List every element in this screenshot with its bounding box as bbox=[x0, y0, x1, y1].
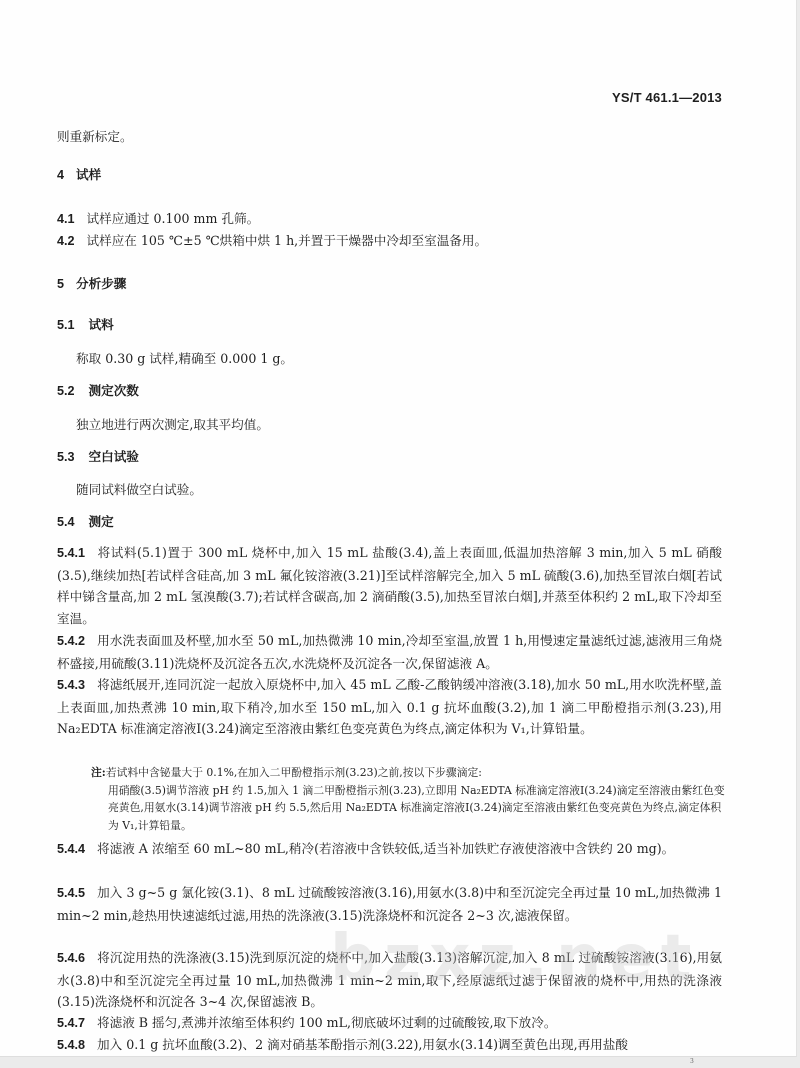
clause-text: 将滤纸展开,连同沉淀一起放入原烧杯中,加入 45 mL 乙酸-乙酸钠缓冲溶液(3… bbox=[57, 677, 722, 736]
note-block: 注:若试料中含铋量大于 0.1%,在加入二甲酚橙指示剂(3.23)之前,按以下步… bbox=[91, 764, 731, 834]
clause-5-3-heading: 5.3空白试验 bbox=[57, 446, 722, 469]
clause-number: 4.1 bbox=[57, 212, 75, 226]
clause-5-3-text: 随同试料做空白试验。 bbox=[57, 479, 741, 501]
clause-4-2: 4.2试样应在 105 ℃±5 ℃烘箱中烘 1 h,并置于干燥器中冷却至室温备用… bbox=[57, 230, 722, 253]
clause-text: 将试料(5.1)置于 300 mL 烧杯中,加入 15 mL 盐酸(3.4),盖… bbox=[57, 545, 722, 626]
clause-5-1-text: 称取 0.30 g 试样,精确至 0.000 1 g。 bbox=[57, 348, 741, 370]
clause-number: 5.4 bbox=[57, 512, 75, 534]
clause-5-1-heading: 5.1试料 bbox=[57, 314, 722, 337]
section-title: 试样 bbox=[76, 167, 101, 182]
clause-5-4-1: 5.4.1将试料(5.1)置于 300 mL 烧杯中,加入 15 mL 盐酸(3… bbox=[57, 542, 722, 629]
intro-line: 则重新标定。 bbox=[57, 126, 722, 148]
clause-5-4-heading: 5.4测定 bbox=[57, 511, 722, 534]
clause-5-4-3: 5.4.3将滤纸展开,连同沉淀一起放入原烧杯中,加入 45 mL 乙酸-乙酸钠缓… bbox=[57, 674, 722, 740]
clause-number: 5.4.7 bbox=[57, 1016, 85, 1030]
clause-text: 试样应通过 0.100 mm 孔筛。 bbox=[87, 211, 260, 226]
clause-5-2-text: 独立地进行两次测定,取其平均值。 bbox=[57, 414, 741, 436]
clause-4-1: 4.1试样应通过 0.100 mm 孔筛。 bbox=[57, 208, 722, 231]
section-4-heading: 4试样 bbox=[57, 164, 722, 187]
clause-5-4-8: 5.4.8加入 0.1 g 抗坏血酸(3.2)、2 滴对硝基苯酚指示剂(3.22… bbox=[57, 1034, 722, 1056]
note-first-line: 注:若试料中含铋量大于 0.1%,在加入二甲酚橙指示剂(3.23)之前,按以下步… bbox=[91, 764, 731, 782]
document-page: YS/T 461.1—2013 则重新标定。 4试样 4.1试样应通过 0.10… bbox=[0, 0, 797, 1057]
clause-title: 测定 bbox=[89, 514, 114, 529]
clause-5-4-4: 5.4.4将滤液 A 浓缩至 60 mL~80 mL,稍冷(若溶液中含铁较低,适… bbox=[57, 838, 722, 861]
section-title: 分析步骤 bbox=[76, 276, 126, 291]
clause-5-4-2: 5.4.2用水洗表面皿及杯壁,加水至 50 mL,加热微沸 10 min,冷却至… bbox=[57, 630, 722, 674]
clause-number: 5.4.2 bbox=[57, 634, 85, 648]
note-body: 用硝酸(3.5)调节溶液 pH 约 1.5,加入 1 滴二甲酚橙指示剂(3.23… bbox=[91, 782, 731, 835]
page-number: 3 bbox=[690, 1058, 694, 1065]
standard-code: YS/T 461.1—2013 bbox=[612, 90, 722, 105]
clause-number: 5.4.3 bbox=[57, 678, 85, 692]
note-label: 注: bbox=[91, 766, 106, 779]
clause-5-2-heading: 5.2测定次数 bbox=[57, 380, 722, 403]
clause-text: 将沉淀用热的洗涤液(3.15)洗到原沉淀的烧杯中,加入盐酸(3.13)溶解沉淀,… bbox=[57, 950, 722, 1009]
clause-title: 试料 bbox=[89, 317, 114, 332]
clause-number: 5.3 bbox=[57, 447, 75, 469]
section-number: 5 bbox=[57, 274, 64, 296]
clause-text: 试样应在 105 ℃±5 ℃烘箱中烘 1 h,并置于干燥器中冷却至室温备用。 bbox=[87, 233, 488, 248]
clause-number: 4.2 bbox=[57, 234, 75, 248]
section-5-heading: 5分析步骤 bbox=[57, 273, 722, 296]
clause-5-4-5: 5.4.5加入 3 g~5 g 氯化铵(3.1)、8 mL 过硫酸铵溶液(3.1… bbox=[57, 882, 722, 926]
clause-number: 5.1 bbox=[57, 315, 75, 337]
note-text: 若试料中含铋量大于 0.1%,在加入二甲酚橙指示剂(3.23)之前,按以下步骤滴… bbox=[106, 766, 482, 779]
clause-number: 5.2 bbox=[57, 381, 75, 403]
clause-title: 测定次数 bbox=[89, 383, 139, 398]
clause-title: 空白试验 bbox=[89, 449, 139, 464]
clause-text: 用水洗表面皿及杯壁,加水至 50 mL,加热微沸 10 min,冷却至室温,放置… bbox=[57, 633, 722, 671]
clause-text: 加入 3 g~5 g 氯化铵(3.1)、8 mL 过硫酸铵溶液(3.16),用氨… bbox=[57, 885, 722, 923]
clause-text: 将滤液 A 浓缩至 60 mL~80 mL,稍冷(若溶液中含铁较低,适当补加铁贮… bbox=[97, 841, 674, 856]
clause-text: 加入 0.1 g 抗坏血酸(3.2)、2 滴对硝基苯酚指示剂(3.22),用氨水… bbox=[97, 1037, 628, 1052]
clause-number: 5.4.5 bbox=[57, 886, 85, 900]
clause-number: 5.4.1 bbox=[57, 546, 85, 560]
clause-5-4-7: 5.4.7将滤液 B 摇匀,煮沸并浓缩至体积约 100 mL,彻底破坏过剩的过硫… bbox=[57, 1012, 722, 1035]
clause-number: 5.4.6 bbox=[57, 951, 85, 965]
clause-5-4-6: 5.4.6将沉淀用热的洗涤液(3.15)洗到原沉淀的烧杯中,加入盐酸(3.13)… bbox=[57, 947, 722, 1013]
clause-number: 5.4.8 bbox=[57, 1038, 85, 1052]
clause-number: 5.4.4 bbox=[57, 842, 85, 856]
clause-text: 将滤液 B 摇匀,煮沸并浓缩至体积约 100 mL,彻底破坏过剩的过硫酸铵,取下… bbox=[97, 1015, 556, 1030]
section-number: 4 bbox=[57, 165, 64, 187]
